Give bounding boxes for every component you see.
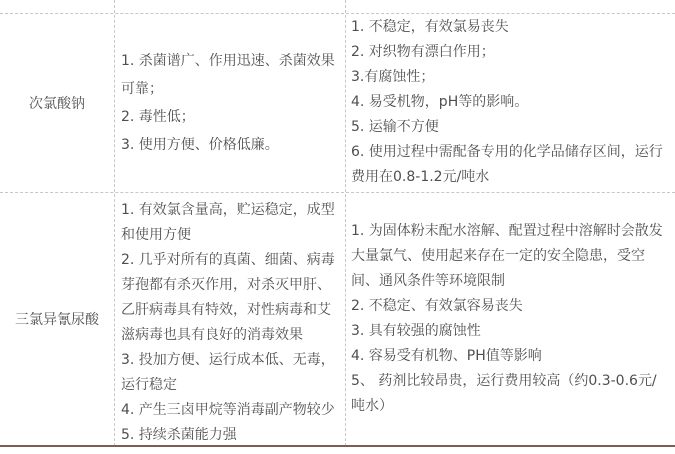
advantages-cell: 1. 有效氯含量高，贮运稳定，成型和使用方便 2. 几乎对所有的真菌、细菌、病毒…	[114, 192, 345, 445]
disadvantage-item: 5、 药剂比较昂贵，运行费用较高（约0.3-0.6元/吨水）	[351, 369, 666, 419]
advantage-item: 2. 毒性低；	[121, 103, 339, 131]
chemical-name: 三氯异氰尿酸	[15, 309, 99, 329]
advantage-item: 1. 杀菌谱广、作用迅速、杀菌效果可靠；	[121, 47, 339, 103]
advantage-item: 2. 几乎对所有的真菌、细菌、病毒芽孢都有杀灭作用，对杀灭甲肝、乙肝病毒具有特效…	[121, 248, 339, 348]
chemical-name-cell: 次氯酸钠	[0, 13, 114, 192]
chemical-name: 次氯酸钠	[29, 93, 85, 113]
advantage-item: 3. 投加方便、运行成本低、无毒，运行稳定	[121, 348, 339, 398]
disadvantage-item: 1. 为固体粉末配水溶解、配置过程中溶解时会散发大量氯气、使用起来存在一定的安全…	[351, 219, 666, 294]
disadvantage-item: 6. 使用过程中需配备专用的化学品储存区间，运行费用在0.8-1.2元/吨水	[351, 140, 666, 190]
disadvantage-item: 5. 运输不方便	[351, 115, 666, 140]
advantage-item: 4. 产生三卤甲烷等消毒副产物较少	[121, 398, 339, 423]
disadvantages-cell: 1. 为固体粉末配水溶解、配置过程中溶解时会散发大量氯气、使用起来存在一定的安全…	[345, 192, 675, 445]
advantage-item: 5. 持续杀菌能力强	[121, 423, 339, 448]
chemical-name-cell: 三氯异氰尿酸	[0, 192, 114, 445]
disadvantage-item: 1. 不稳定，有效氯易丧失	[351, 15, 666, 40]
advantages-cell: 1. 杀菌谱广、作用迅速、杀菌效果可靠； 2. 毒性低； 3. 使用方便、价格低…	[114, 13, 345, 192]
disadvantage-item: 3. 具有较强的腐蚀性	[351, 319, 666, 344]
disadvantage-item: 4. 容易受有机物、PH值等影响	[351, 344, 666, 369]
advantage-item: 3. 使用方便、价格低廉。	[121, 131, 339, 159]
advantage-item: 1. 有效氯含量高，贮运稳定，成型和使用方便	[121, 198, 339, 248]
comparison-table: 次氯酸钠 1. 杀菌谱广、作用迅速、杀菌效果可靠； 2. 毒性低； 3. 使用方…	[0, 0, 675, 454]
disadvantage-item: 2. 不稳定、有效氯容易丧失	[351, 294, 666, 319]
disadvantage-item: 3.有腐蚀性；	[351, 65, 666, 90]
disadvantages-cell: 1. 不稳定，有效氯易丧失 2. 对织物有漂白作用； 3.有腐蚀性； 4. 易受…	[345, 13, 675, 192]
disadvantage-item: 2. 对织物有漂白作用；	[351, 40, 666, 65]
disadvantage-item: 4. 易受机物，pH等的影响。	[351, 90, 666, 115]
